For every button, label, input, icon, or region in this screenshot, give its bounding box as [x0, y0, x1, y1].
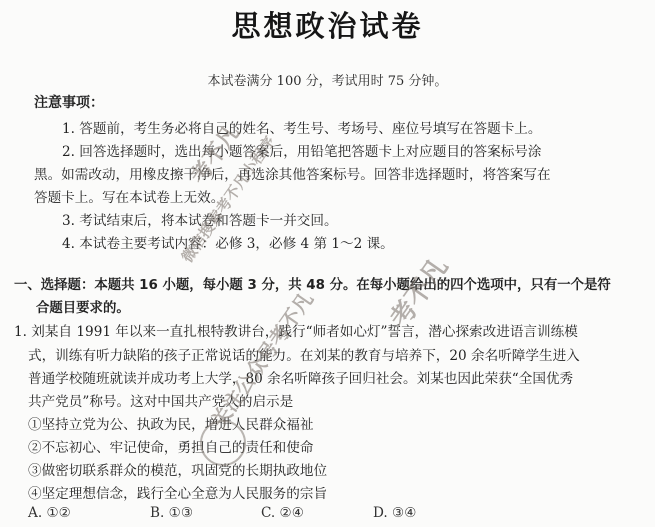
notice-line-2: 2. 回答选择题时，选出每小题答案后，用铅笔把答题卡上对应题目的答案标号涂	[62, 140, 541, 160]
notice-line-4: 答题卡上。写在本试卷上无效。	[34, 186, 224, 206]
statement-3: ③做密切联系群众的模范，巩固党的长期执政地位	[28, 459, 327, 479]
question-stem-line-2: 式，训练有听力缺陷的孩子正常说话的能力。在刘某的教育与培养下，20 余名听障学生…	[28, 344, 580, 364]
notice-line-1: 1. 答题前，考生务必将自己的姓名、考生号、考场号、座位号填写在答题卡上。	[62, 117, 541, 137]
section-heading: 一、选择题：本题共 16 小题，每小题 3 分，共 48 分。在每小题给出的四个…	[14, 274, 611, 293]
question-stem-line-1: 1. 刘某自 1991 年以来一直扎根特教讲台，践行“师者如心灯”誓言，潜心探索…	[14, 320, 578, 340]
option-c: C. ②④	[261, 505, 304, 521]
exam-page: 思想政治试卷 本试卷满分 100 分，考试用时 75 分钟。 注意事项： 1. …	[0, 0, 655, 527]
question-stem-line-4: 共产党员”称号。这对中国共产党人的启示是	[28, 390, 293, 410]
statement-2: ②不忘初心、牢记使命，勇担自己的责任和使命	[28, 436, 313, 456]
exam-title: 思想政治试卷	[0, 4, 655, 45]
option-d: D. ③④	[373, 505, 416, 521]
answer-options: A. ①② B. ①③ C. ②④ D. ③④	[28, 505, 648, 525]
notice-line-3: 黑。如需改动，用橡皮擦干净后，再选涂其他答案标号。回答非选择题时，将答案写在	[34, 163, 551, 183]
question-stem-line-3: 普通学校随班就读并成功考上大学，80 余名听障孩子回归社会。刘某也因此荣获“全国…	[28, 367, 573, 387]
option-a: A. ①②	[28, 505, 71, 521]
option-b: B. ①③	[150, 505, 193, 521]
notice-line-6: 4. 本试卷主要考试内容：必修 3，必修 4 第 1～2 课。	[62, 232, 394, 252]
exam-subtitle: 本试卷满分 100 分，考试用时 75 分钟。	[0, 70, 655, 89]
statement-4: ④坚定理想信念，践行全心全意为人民服务的宗旨	[28, 482, 327, 502]
notice-heading: 注意事项：	[34, 92, 104, 112]
notice-line-5: 3. 考试结束后，将本试卷和答题卡一并交回。	[62, 209, 338, 229]
statement-1: ①坚持立党为公、执政为民，增进人民群众福祉	[28, 413, 313, 433]
section-heading-cont: 合题目要求的。	[36, 297, 130, 316]
